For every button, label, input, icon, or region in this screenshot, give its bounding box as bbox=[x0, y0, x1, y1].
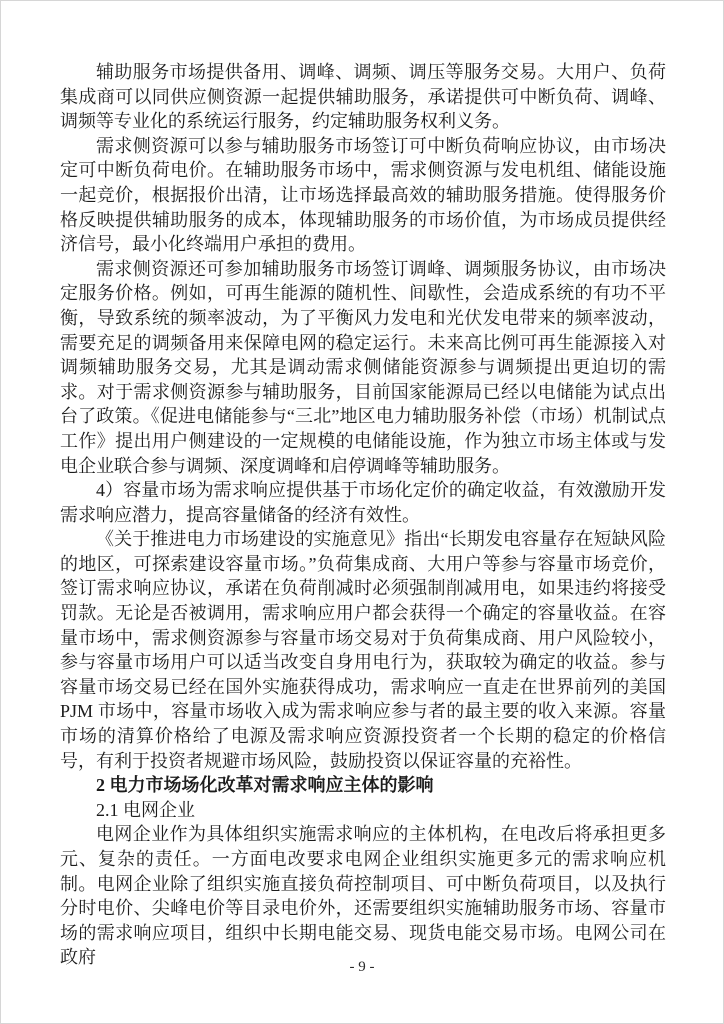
paragraph-peak-frequency-regulation: 需求侧资源还可参加辅助服务市场签订调峰、调频服务协议，由市场决定服务价格。例如，… bbox=[60, 257, 666, 478]
paragraph-interruptible-load-agreement: 需求侧资源可以参与辅助服务市场签订可中断负荷响应协议，由市场决定可中断负荷电价。… bbox=[60, 134, 666, 257]
subsection-heading-2-1: 2.1 电网企业 bbox=[60, 798, 666, 823]
paragraph-ancillary-services-intro: 辅助服务市场提供备用、调峰、调频、调压等服务交易。大用户、负荷集成商可以同供应侧… bbox=[60, 60, 666, 134]
paragraph-capacity-market-detail: 《关于推进电力市场建设的实施意见》指出“长期发电容量存在短缺风险的地区，可探索建… bbox=[60, 527, 666, 773]
document-page: 辅助服务市场提供备用、调峰、调频、调压等服务交易。大用户、负荷集成商可以同供应侧… bbox=[0, 0, 724, 1024]
paragraph-grid-enterprise: 电网企业作为具体组织实施需求响应的主体机构，在电改后将承担更多元、复杂的责任。一… bbox=[60, 822, 666, 970]
section-heading-2: 2 电力市场场化改革对需求响应主体的影响 bbox=[60, 773, 666, 798]
page-number: - 9 - bbox=[350, 959, 375, 975]
document-body: 辅助服务市场提供备用、调峰、调频、调压等服务交易。大用户、负荷集成商可以同供应侧… bbox=[60, 60, 666, 970]
paragraph-capacity-market-item4: 4）容量市场为需求响应提供基于市场化定价的确定收益，有效激励开发需求响应潜力，提… bbox=[60, 478, 666, 527]
page-footer: - 9 - bbox=[1, 957, 723, 977]
